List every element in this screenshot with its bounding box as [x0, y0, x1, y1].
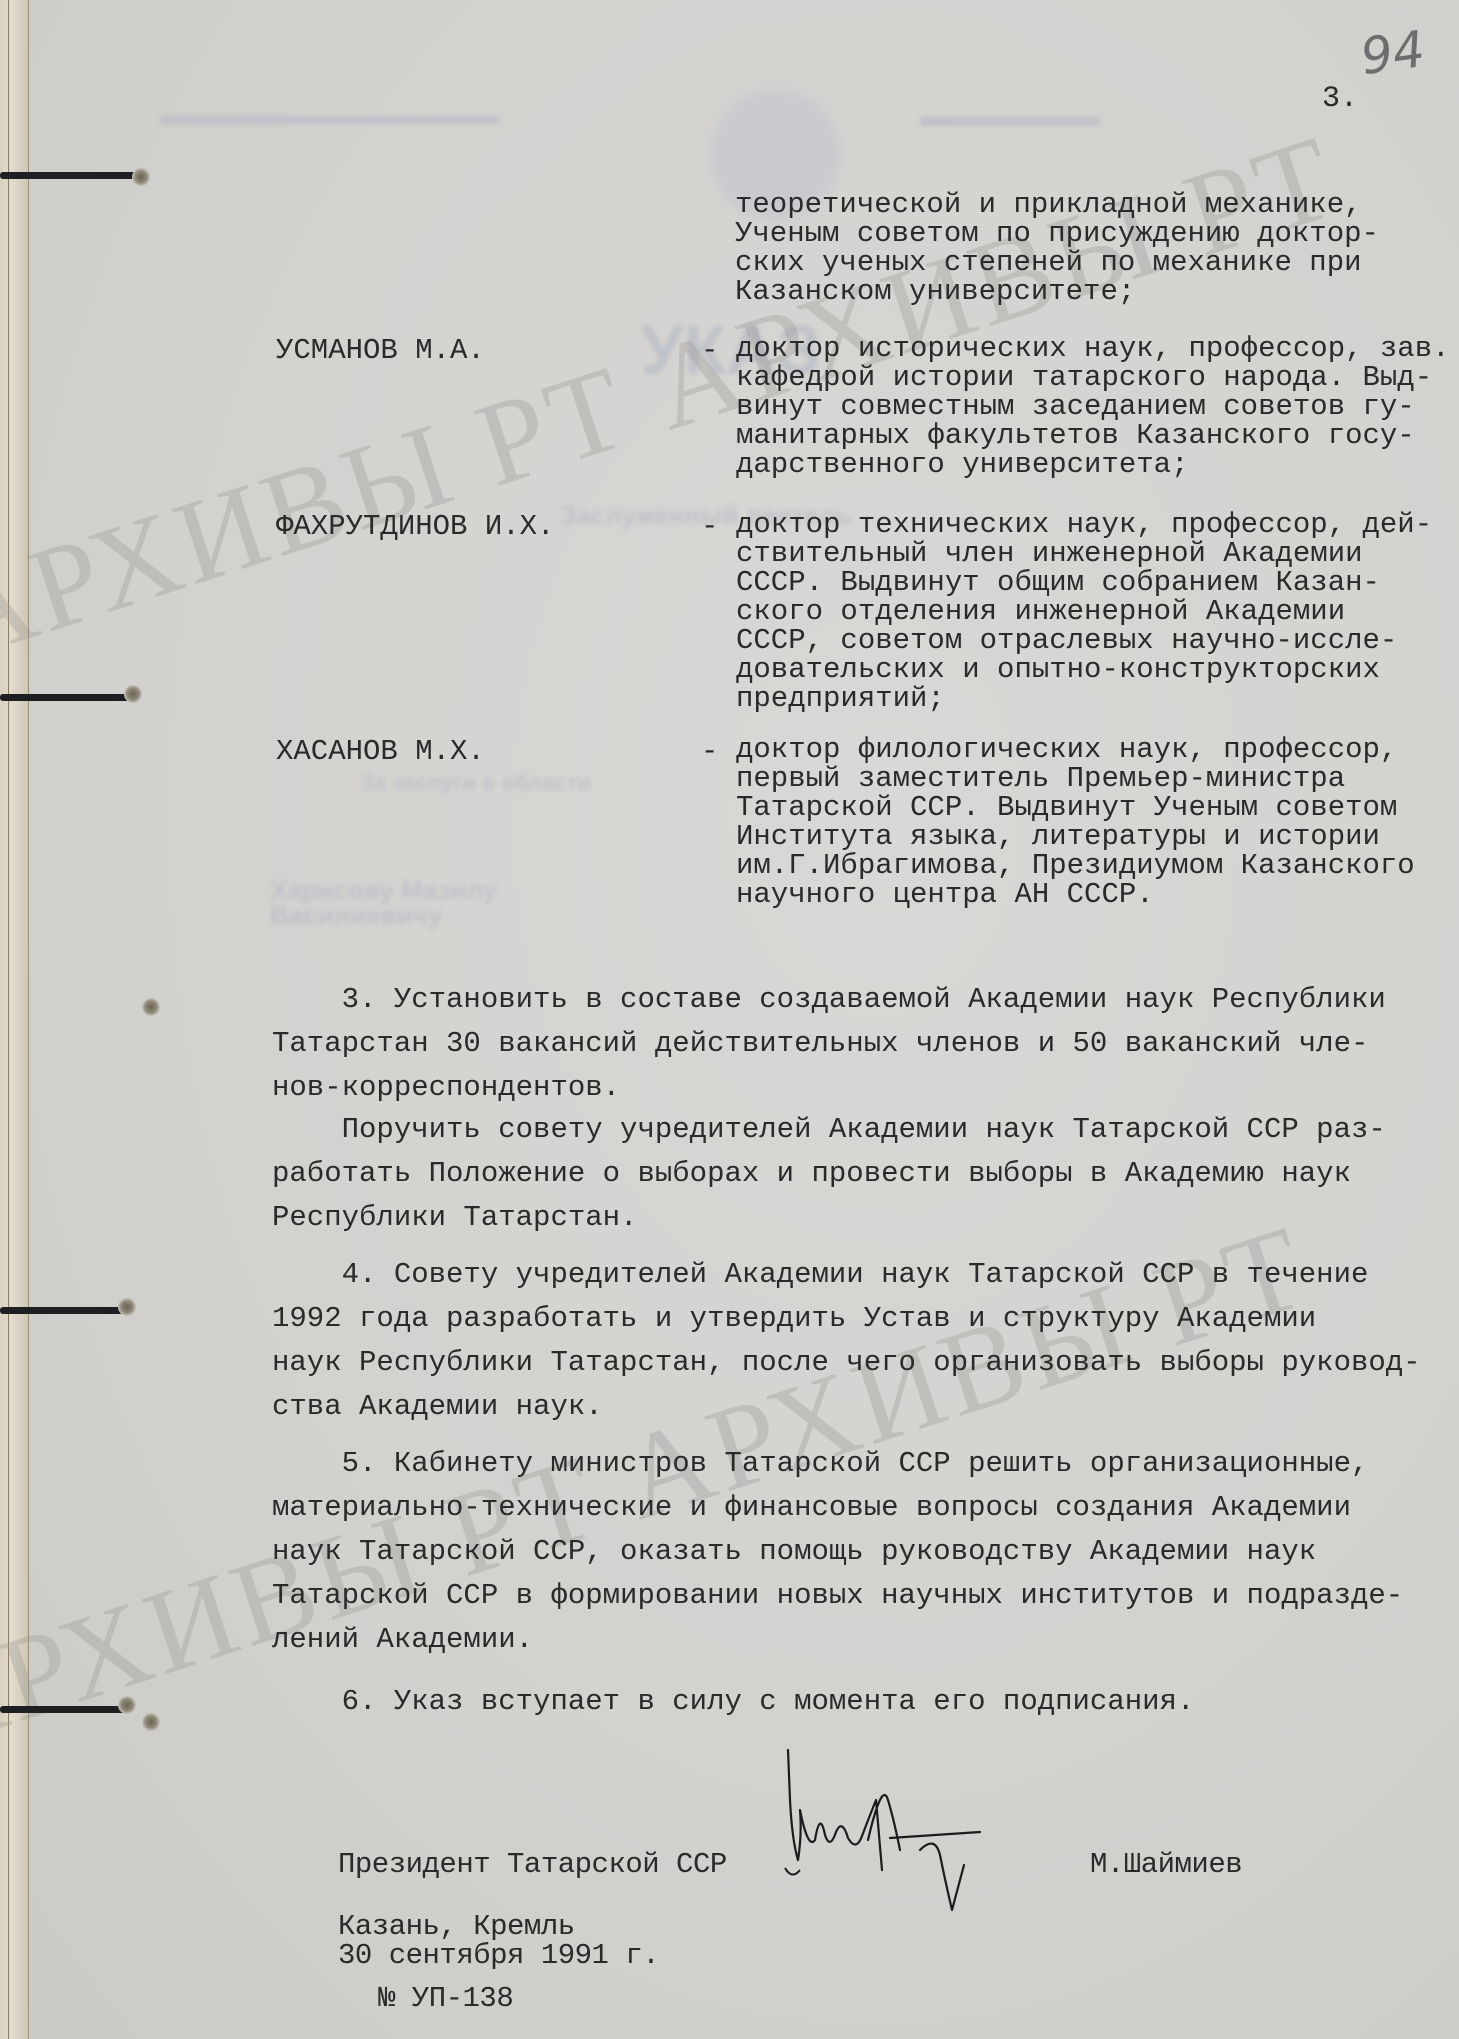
- document-page: ▬▬▬▬▬▬▬▬▬▬▬▬▬ ▬▬▬▬▬▬ УКАЗ Заслуженный де…: [0, 0, 1459, 2039]
- text-line: доктор технических наук, профессор, дей-: [736, 510, 1432, 539]
- paragraph-3: 3. Установить в составе создаваемой Акад…: [272, 978, 1442, 1110]
- nominee-dash: -: [701, 510, 718, 543]
- nominee-name: УСМАНОВ М.А.: [276, 334, 485, 367]
- bleed-text: За заслуги в области: [360, 770, 591, 796]
- binding-hole: [142, 998, 160, 1016]
- text-line: наук Татарской ССР, оказать помощь руков…: [272, 1530, 1442, 1574]
- signatory-name: М.Шаймиев: [1090, 1850, 1242, 1879]
- text-line: 4. Совету учредителей Академии наук Тата…: [272, 1253, 1442, 1297]
- text-line: научного центра АН СССР.: [736, 880, 1415, 909]
- text-line: нов-корреспондентов.: [272, 1066, 1442, 1110]
- nominee-description: доктор технических наук, профессор, дей-…: [736, 510, 1432, 713]
- text-line: ства Академии наук.: [272, 1385, 1442, 1429]
- issue-date: 30 сентября 1991 г.: [338, 1941, 659, 1970]
- text-line: 3. Установить в составе создаваемой Акад…: [272, 978, 1442, 1022]
- bleed-text: ▬▬▬▬▬▬: [920, 100, 1100, 134]
- continuation-text: теоретической и прикладной механике, Уче…: [735, 190, 1379, 306]
- text-line: им.Г.Ибрагимова, Президиумом Казанского: [736, 851, 1415, 880]
- text-line: Республики Татарстан.: [272, 1196, 1442, 1240]
- binding-hole: [132, 168, 150, 186]
- text-line: наук Республики Татарстан, после чего ор…: [272, 1341, 1442, 1385]
- text-line: Татарской ССР. Выдвинут Ученым советом: [736, 793, 1415, 822]
- nominee-description: доктор исторических наук, профессор, зав…: [736, 334, 1450, 479]
- decree-number: № УП-138: [378, 1984, 513, 2013]
- text-line: 6. Указ вступает в силу с момента его по…: [272, 1680, 1442, 1724]
- text-line: Татарстан 30 вакансий действительных чле…: [272, 1022, 1442, 1066]
- nominee-name: ХАСАНОВ М.Х.: [276, 735, 485, 768]
- binding-hole: [142, 1713, 160, 1731]
- binding-cord: [0, 1307, 128, 1314]
- issue-place: Казань, Кремль: [338, 1912, 575, 1941]
- bleed-text: ▬▬▬▬▬▬▬▬▬▬▬▬▬: [160, 100, 498, 131]
- signatory-title: Президент Татарской ССР: [338, 1850, 727, 1879]
- paragraph-3-instruction: Поручить совету учредителей Академии нау…: [272, 1108, 1442, 1240]
- text-line: винут совместным заседанием советов гу-: [736, 392, 1450, 421]
- text-line: доктор филологических наук, профессор,: [736, 735, 1415, 764]
- text-line: ского отделения инженерной Академии: [736, 597, 1432, 626]
- text-line: дарственного университета;: [736, 450, 1450, 479]
- text-line: довательских и опытно-конструкторских: [736, 655, 1432, 684]
- text-line: теоретической и прикладной механике,: [735, 190, 1379, 219]
- text-line: 1992 года разработать и утвердить Устав …: [272, 1297, 1442, 1341]
- binding-cord: [0, 1706, 126, 1713]
- text-line: Татарской ССР в формировании новых научн…: [272, 1574, 1442, 1618]
- text-line: доктор исторических наук, профессор, зав…: [736, 334, 1450, 363]
- text-line: Ученым советом по присуждению доктор-: [735, 219, 1379, 248]
- nominee-name: ФАХРУТДИНОВ И.Х.: [276, 510, 554, 543]
- text-line: кафедрой истории татарского народа. Выд-: [736, 363, 1450, 392]
- nominee-dash: -: [701, 334, 718, 367]
- handwritten-signature: [770, 1740, 1070, 1920]
- text-line: 5. Кабинету министров Татарской ССР реши…: [272, 1442, 1442, 1486]
- text-line: лений Академии.: [272, 1618, 1442, 1662]
- binding-hole: [118, 1696, 136, 1714]
- nominee-description: доктор филологических наук, профессор, п…: [736, 735, 1415, 909]
- nominee-dash: -: [701, 735, 718, 768]
- text-line: первый заместитель Премьер-министра: [736, 764, 1415, 793]
- binding-hole: [124, 685, 142, 703]
- binding-hole: [118, 1298, 136, 1316]
- text-line: работать Положение о выборах и провести …: [272, 1152, 1442, 1196]
- text-line: манитарных факультетов Казанского госу-: [736, 421, 1450, 450]
- paragraph-4: 4. Совету учредителей Академии наук Тата…: [272, 1253, 1442, 1429]
- paragraph-6: 6. Указ вступает в силу с момента его по…: [272, 1680, 1442, 1724]
- page-number: 3.: [1322, 82, 1358, 116]
- text-line: ствительный член инженерной Академии: [736, 539, 1432, 568]
- binding-cord: [0, 694, 132, 701]
- bleed-text: Василиевичу: [270, 900, 442, 931]
- text-line: Института языка, литературы и истории: [736, 822, 1415, 851]
- binding-cord: [0, 172, 140, 179]
- text-line: СССР. Выдвинут общим собранием Казан-: [736, 568, 1432, 597]
- text-line: Поручить совету учредителей Академии нау…: [272, 1108, 1442, 1152]
- text-line: СССР, советом отраслевых научно-иссле-: [736, 626, 1432, 655]
- text-line: предприятий;: [736, 684, 1432, 713]
- folio-number: 94: [1358, 20, 1429, 86]
- text-line: Казанском университете;: [735, 277, 1379, 306]
- paragraph-5: 5. Кабинету министров Татарской ССР реши…: [272, 1442, 1442, 1662]
- text-line: материально-технические и финансовые воп…: [272, 1486, 1442, 1530]
- text-line: ских ученых степеней по механике при: [735, 248, 1379, 277]
